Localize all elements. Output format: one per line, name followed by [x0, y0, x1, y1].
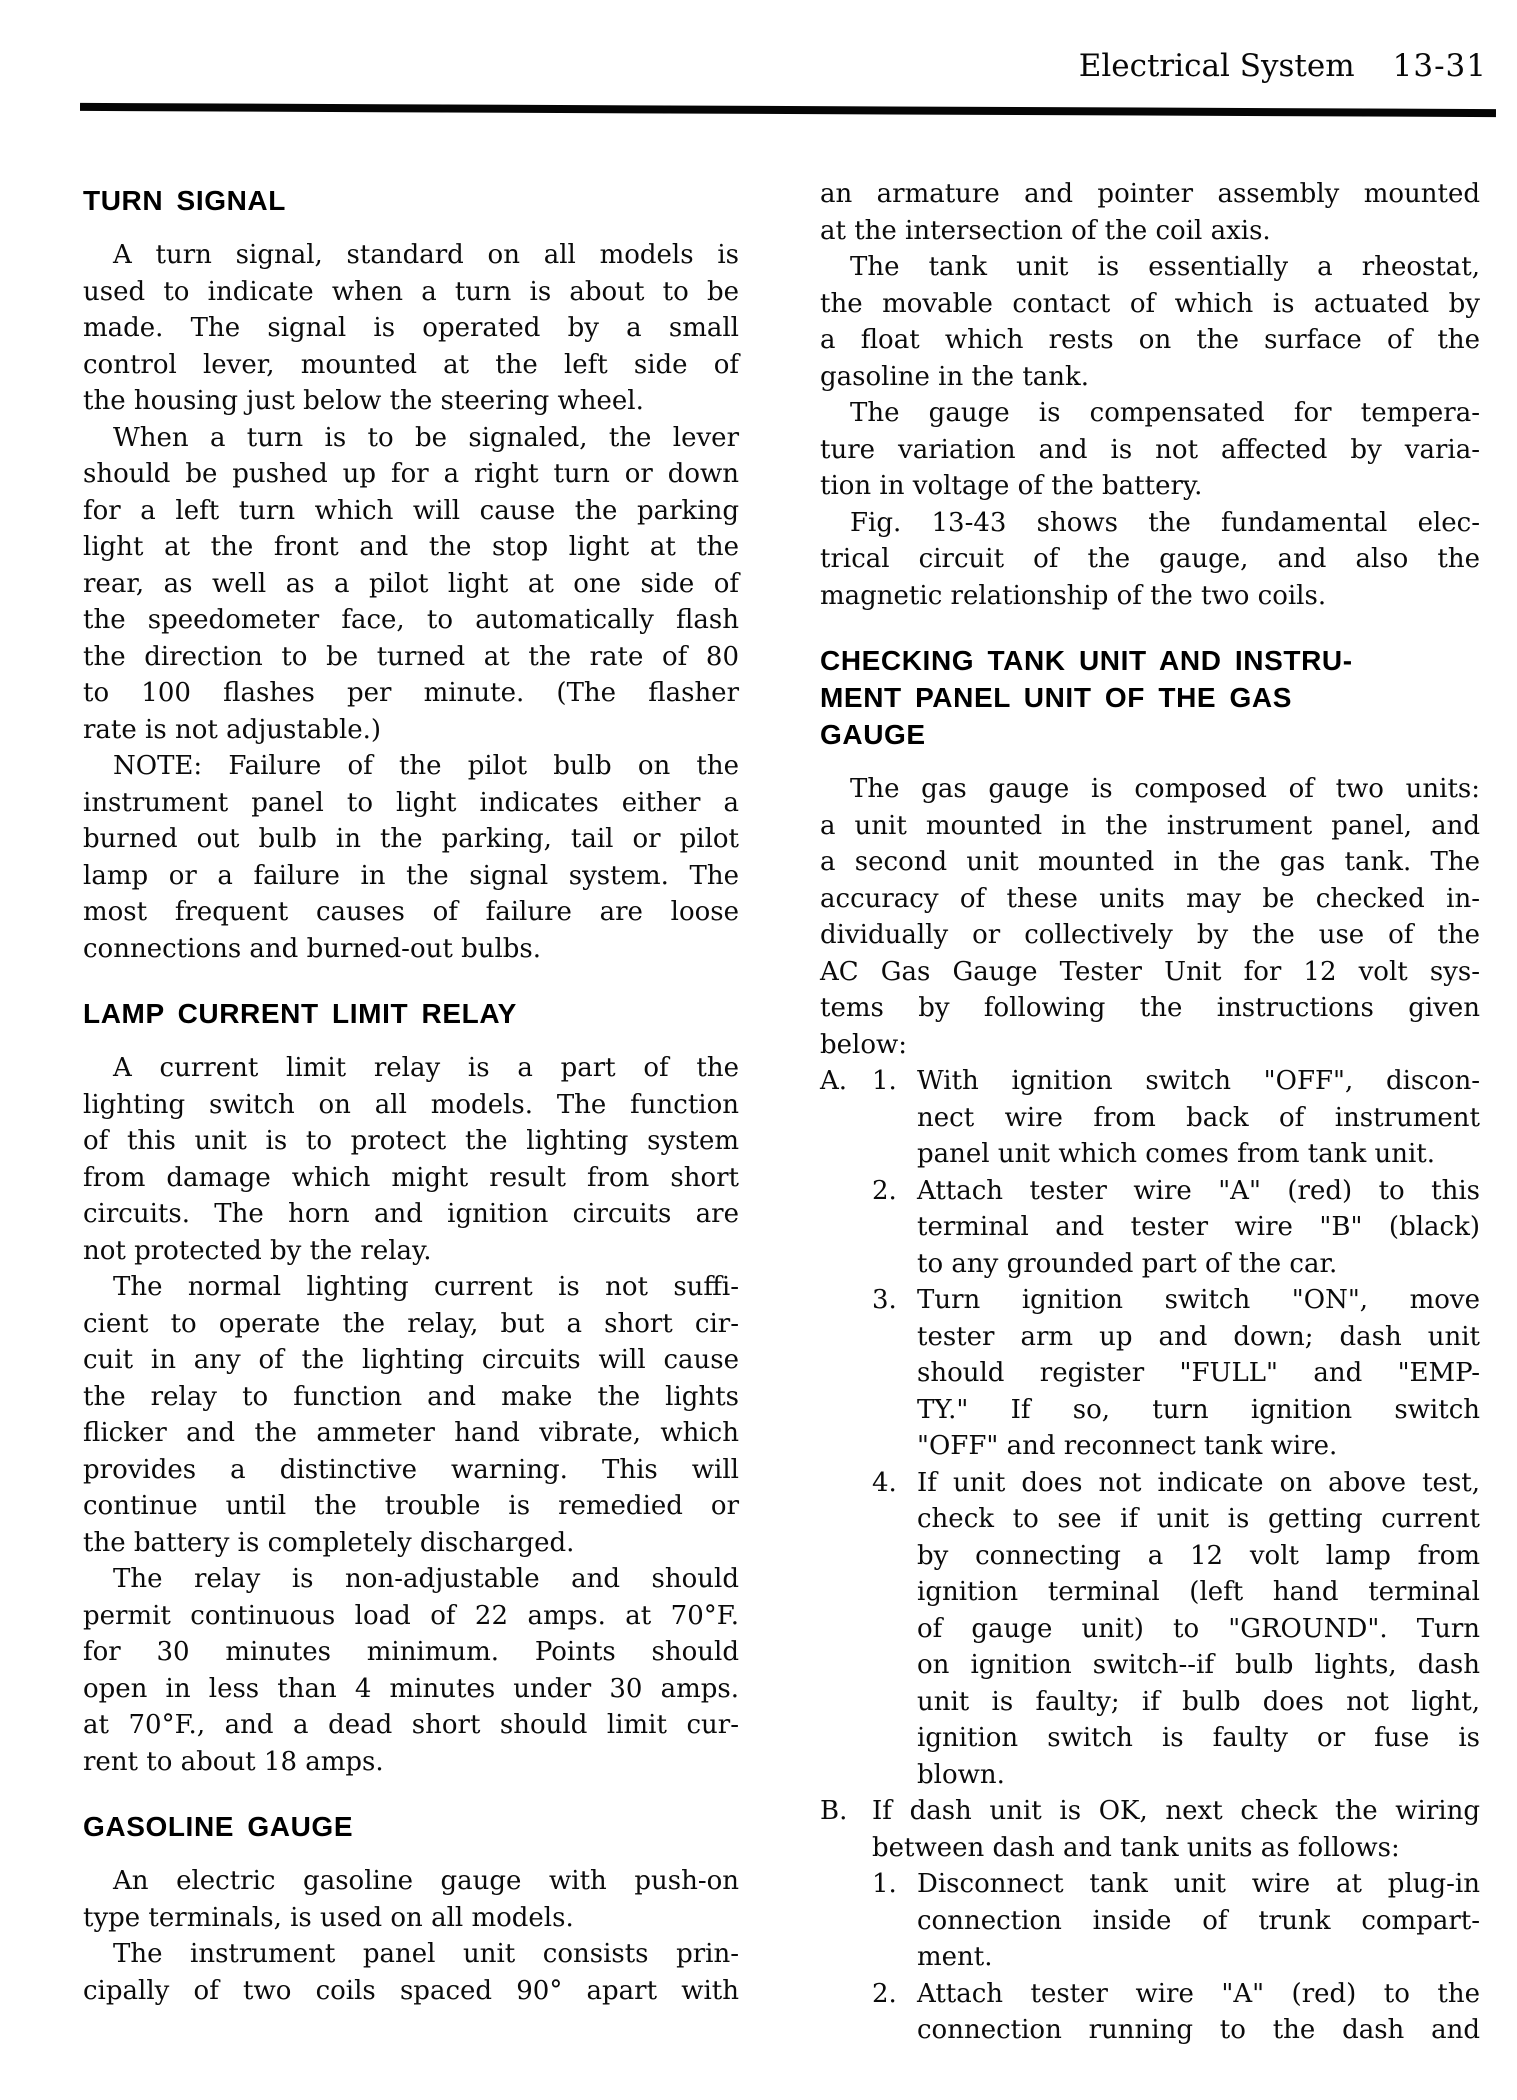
text-line: The tank unit is essentially a rheostat,	[820, 249, 1480, 286]
paragraph: The tank unit is essentially a rheostat,…	[820, 249, 1480, 395]
text-line: cient to operate the relay, but a short …	[83, 1306, 739, 1343]
text-line: The gas gauge is composed of two units:	[820, 771, 1480, 808]
text-line: not protected by the relay.	[83, 1233, 739, 1270]
text-line: for 30 minutes minimum. Points should	[83, 1634, 739, 1671]
text-line: An electric gasoline gauge with push-on	[83, 1863, 739, 1900]
list-item: 2.Attach tester wire "A" (red) to thiste…	[820, 1173, 1480, 1283]
text-line: flicker and the ammeter hand vibrate, wh…	[83, 1415, 739, 1452]
text-line: the relay to function and make the light…	[83, 1379, 739, 1416]
text-line: panel unit which comes from tank unit.	[917, 1136, 1480, 1173]
text-line: "OFF" and reconnect tank wire.	[917, 1428, 1480, 1465]
text-line: at the intersection of the coil axis.	[820, 213, 1480, 250]
paragraph: The instrument panel unit consists prin-…	[83, 1936, 739, 2009]
text-line: an armature and pointer assembly mounted	[820, 176, 1480, 213]
list-item: B.If dash unit is OK, next check the wir…	[820, 1793, 1480, 1866]
section-heading-line: CHECKING TANK UNIT AND INSTRU-	[820, 642, 1480, 679]
paragraph: An electric gasoline gauge with push-ont…	[83, 1863, 739, 1936]
list-marker-number: 3.	[872, 1282, 917, 1319]
text-line: the speedometer face, to automatically f…	[83, 602, 739, 639]
text-line: check to see if unit is getting current	[917, 1501, 1480, 1538]
text-line: a unit mounted in the instrument panel, …	[820, 808, 1480, 845]
text-line: TY." If so, turn ignition switch	[917, 1392, 1480, 1429]
text-line: If dash unit is OK, next check the wirin…	[872, 1793, 1480, 1830]
text-line: a second unit mounted in the gas tank. T…	[820, 844, 1480, 881]
text-line: from damage which might result from shor…	[83, 1160, 739, 1197]
paragraph: The gas gauge is composed of two units:a…	[820, 771, 1480, 1063]
text-line: to any grounded part of the car.	[917, 1246, 1480, 1283]
text-line: lamp or a failure in the signal system. …	[83, 858, 739, 895]
text-line: by connecting a 12 volt lamp from	[917, 1538, 1480, 1575]
text-line: blown.	[917, 1757, 1480, 1794]
section-heading: TURN SIGNAL	[83, 182, 739, 219]
text-line: Attach tester wire "A" (red) to the	[917, 1976, 1480, 2013]
header-divider-rule	[80, 103, 1496, 117]
text-line: If unit does not indicate on above test,	[917, 1465, 1480, 1502]
column-right: an armature and pointer assembly mounted…	[820, 176, 1480, 2049]
text-line: ignition switch is faulty or fuse is	[917, 1720, 1480, 1757]
paragraph: A turn signal, standard on all models is…	[83, 237, 739, 420]
text-line: tems by following the instructions given	[820, 990, 1480, 1027]
text-line: should be pushed up for a right turn or …	[83, 456, 739, 493]
section-heading: GASOLINE GAUGE	[83, 1808, 739, 1845]
text-line: should register "FULL" and "EMP-	[917, 1355, 1480, 1392]
list-item: 1.Disconnect tank unit wire at plug-inco…	[820, 1866, 1480, 1976]
paragraph: When a turn is to be signaled, the lever…	[83, 420, 739, 749]
list-marker-number: 4.	[872, 1465, 917, 1502]
text-line: made. The signal is operated by a small	[83, 310, 739, 347]
paragraph: The relay is non-adjustable and shouldpe…	[83, 1561, 739, 1780]
text-line: at 70°F., and a dead short should limit …	[83, 1707, 739, 1744]
text-line: With ignition switch "OFF", discon-	[917, 1063, 1480, 1100]
text-line: rent to about 18 amps.	[83, 1744, 739, 1781]
text-line: cuit in any of the lighting circuits wil…	[83, 1342, 739, 1379]
text-line: instrument panel to light indicates eith…	[83, 785, 739, 822]
text-line: Disconnect tank unit wire at plug-in	[917, 1866, 1480, 1903]
text-line: rate is not adjustable.)	[83, 712, 739, 749]
text-line: the movable contact of which is actuated…	[820, 286, 1480, 323]
text-line: permit continuous load of 22 amps. at 70…	[83, 1598, 739, 1635]
paragraph: an armature and pointer assembly mounted…	[820, 176, 1480, 249]
text-line: When a turn is to be signaled, the lever	[83, 420, 739, 457]
list-item: 2.Attach tester wire "A" (red) to thecon…	[820, 1976, 1480, 2049]
text-line: dividually or collectively by the use of…	[820, 917, 1480, 954]
text-line: nect wire from back of instrument	[917, 1100, 1480, 1137]
page-header-title: Electrical System	[1079, 48, 1355, 84]
text-line: the battery is completely discharged.	[83, 1525, 739, 1562]
list-item-text: With ignition switch "OFF", discon-nect …	[917, 1063, 1480, 1173]
text-line: AC Gas Gauge Tester Unit for 12 volt sys…	[820, 954, 1480, 991]
text-line: ignition terminal (left hand terminal	[917, 1574, 1480, 1611]
text-line: Attach tester wire "A" (red) to this	[917, 1173, 1480, 1210]
text-line: burned out bulb in the parking, tail or …	[83, 821, 739, 858]
text-line: gasoline in the tank.	[820, 359, 1480, 396]
text-line: provides a distinctive warning. This wil…	[83, 1452, 739, 1489]
paragraph: Fig. 13-43 shows the fundamental elec-tr…	[820, 505, 1480, 615]
text-line: The normal lighting current is not suffi…	[83, 1269, 739, 1306]
text-line: ture variation and is not affected by va…	[820, 432, 1480, 469]
list-item: 3.Turn ignition switch "ON", movetester …	[820, 1282, 1480, 1465]
text-line: the housing just below the steering whee…	[83, 383, 739, 420]
text-line: rear, as well as a pilot light at one si…	[83, 566, 739, 603]
text-line: light at the front and the stop light at…	[83, 529, 739, 566]
list-marker-number: 1.	[872, 1866, 917, 1903]
paragraph: The gauge is compensated for tempera-tur…	[820, 395, 1480, 505]
page-header: Electrical System13-31	[1079, 48, 1487, 84]
text-line: of gauge unit) to "GROUND". Turn	[917, 1611, 1480, 1648]
text-line: connection running to the dash and	[917, 2012, 1480, 2049]
text-line: between dash and tank units as follows:	[872, 1830, 1480, 1867]
text-line: control lever, mounted at the left side …	[83, 347, 739, 384]
list-item-text: Attach tester wire "A" (red) to theconne…	[917, 1976, 1480, 2049]
paragraph: The normal lighting current is not suffi…	[83, 1269, 739, 1561]
text-line: terminal and tester wire "B" (black)	[917, 1209, 1480, 1246]
text-line: type terminals, is used on all models.	[83, 1900, 739, 1937]
text-line: below:	[820, 1027, 1480, 1064]
text-line: a float which rests on the surface of th…	[820, 322, 1480, 359]
text-line: of this unit is to protect the lighting …	[83, 1123, 739, 1160]
text-line: on ignition switch--if bulb lights, dash	[917, 1647, 1480, 1684]
list-item: A.1.With ignition switch "OFF", discon-n…	[820, 1063, 1480, 1173]
text-line: ment.	[917, 1939, 1480, 1976]
text-line: NOTE: Failure of the pilot bulb on the	[83, 748, 739, 785]
list-item-text: Turn ignition switch "ON", movetester ar…	[917, 1282, 1480, 1465]
list-marker-outer: B.	[820, 1793, 872, 1830]
text-line: lighting switch on all models. The funct…	[83, 1087, 739, 1124]
text-line: tion in voltage of the battery.	[820, 468, 1480, 505]
list-marker-outer: A.	[820, 1063, 872, 1100]
text-line: connection inside of trunk compart-	[917, 1903, 1480, 1940]
text-line: trical circuit of the gauge, and also th…	[820, 541, 1480, 578]
text-line: accuracy of these units may be checked i…	[820, 881, 1480, 918]
page-number: 13-31	[1393, 48, 1487, 84]
text-line: The gauge is compensated for tempera-	[820, 395, 1480, 432]
list-marker-number: 2.	[872, 1173, 917, 1210]
text-line: A current limit relay is a part of the	[83, 1050, 739, 1087]
text-line: used to indicate when a turn is about to…	[83, 274, 739, 311]
text-line: Fig. 13-43 shows the fundamental elec-	[820, 505, 1480, 542]
text-line: tester arm up and down; dash unit	[917, 1319, 1480, 1356]
section-heading-line: GAUGE	[820, 716, 1480, 753]
text-line: A turn signal, standard on all models is	[83, 237, 739, 274]
list-marker-number: 1.	[872, 1063, 917, 1100]
section-heading: LAMP CURRENT LIMIT RELAY	[83, 995, 739, 1032]
text-line: continue until the trouble is remedied o…	[83, 1488, 739, 1525]
text-line: The relay is non-adjustable and should	[83, 1561, 739, 1598]
text-line: for a left turn which will cause the par…	[83, 493, 739, 530]
text-line: the direction to be turned at the rate o…	[83, 639, 739, 676]
paragraph: A current limit relay is a part of theli…	[83, 1050, 739, 1269]
column-left: TURN SIGNALA turn signal, standard on al…	[83, 182, 739, 2009]
text-line: connections and burned-out bulbs.	[83, 931, 739, 968]
list-item-text: If dash unit is OK, next check the wirin…	[872, 1793, 1480, 1866]
text-line: Turn ignition switch "ON", move	[917, 1282, 1480, 1319]
text-line: open in less than 4 minutes under 30 amp…	[83, 1671, 739, 1708]
text-line: most frequent causes of failure are loos…	[83, 894, 739, 931]
text-line: magnetic relationship of the two coils.	[820, 578, 1480, 615]
paragraph: NOTE: Failure of the pilot bulb on thein…	[83, 748, 739, 967]
list-item-text: Attach tester wire "A" (red) to thisterm…	[917, 1173, 1480, 1283]
list-item-text: Disconnect tank unit wire at plug-inconn…	[917, 1866, 1480, 1976]
text-line: to 100 flashes per minute. (The flasher	[83, 675, 739, 712]
list-marker-number: 2.	[872, 1976, 917, 2013]
text-line: unit is faulty; if bulb does not light,	[917, 1684, 1480, 1721]
text-line: circuits. The horn and ignition circuits…	[83, 1196, 739, 1233]
list-item: 4.If unit does not indicate on above tes…	[820, 1465, 1480, 1794]
section-heading-line: MENT PANEL UNIT OF THE GAS	[820, 679, 1480, 716]
text-line: cipally of two coils spaced 90° apart wi…	[83, 1973, 739, 2010]
section-heading: CHECKING TANK UNIT AND INSTRU-MENT PANEL…	[820, 642, 1480, 753]
list-item-text: If unit does not indicate on above test,…	[917, 1465, 1480, 1794]
text-line: The instrument panel unit consists prin-	[83, 1936, 739, 1973]
